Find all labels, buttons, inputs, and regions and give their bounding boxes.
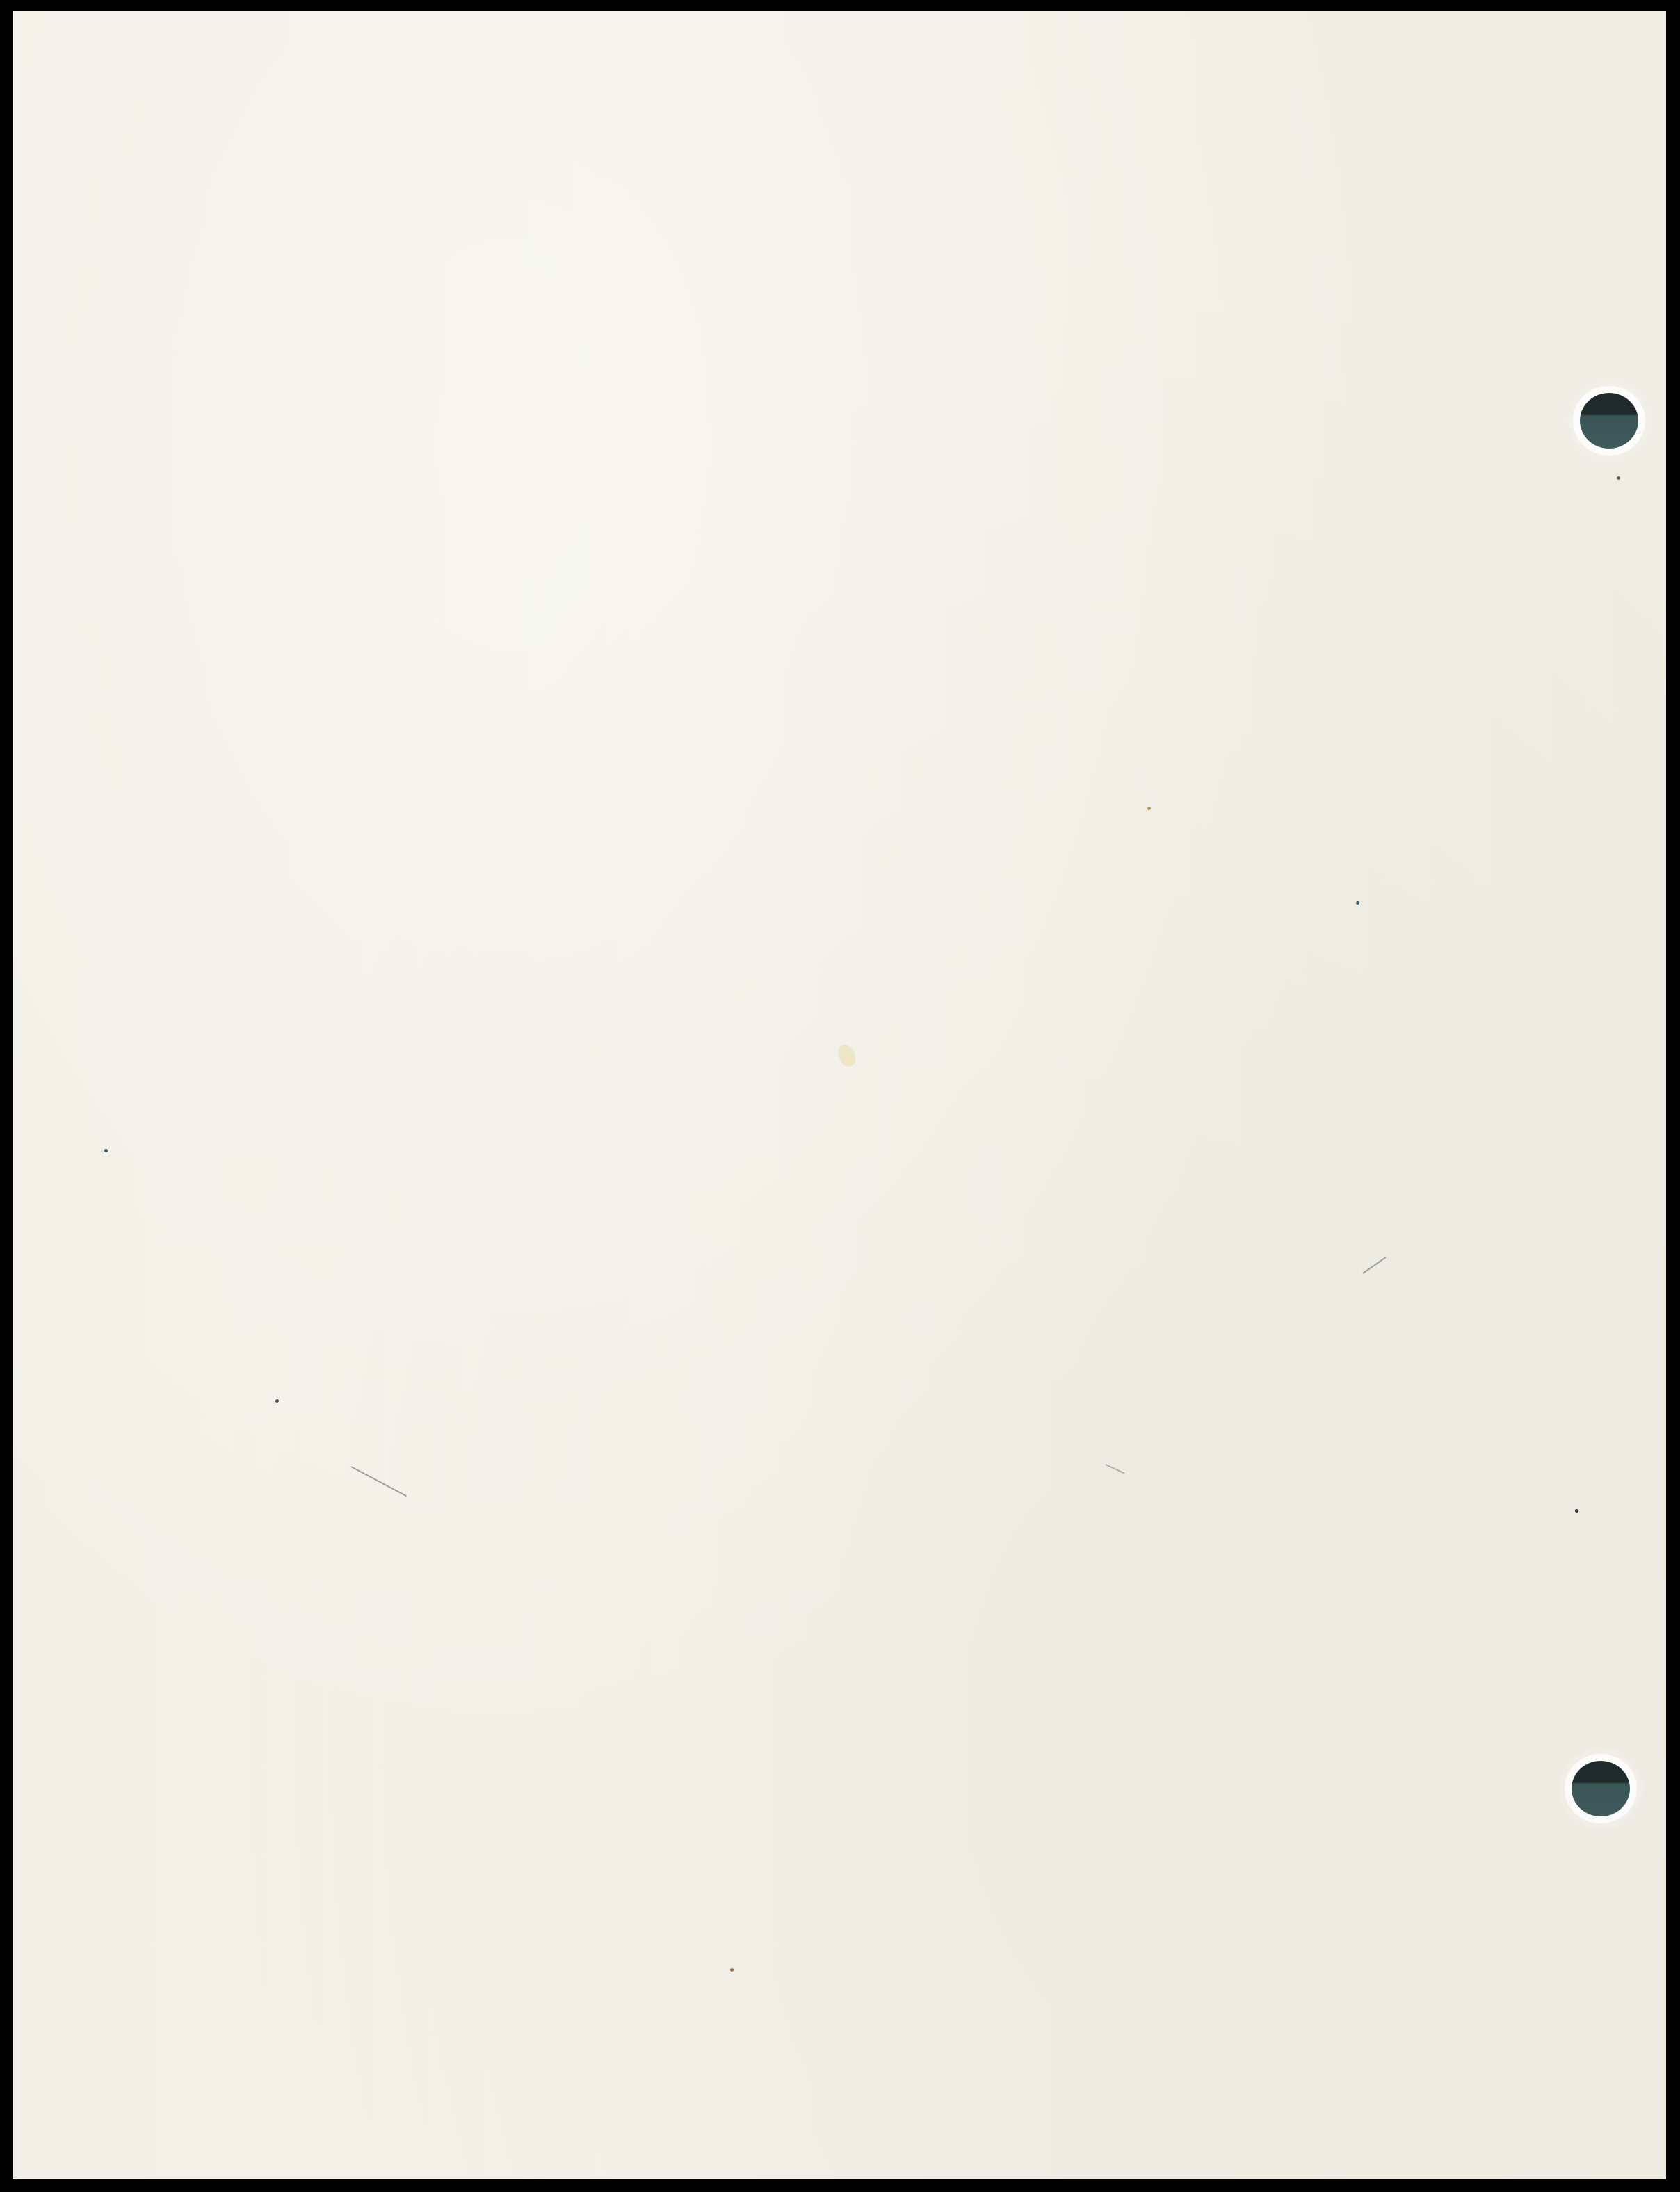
paper-speck [730,1968,734,1972]
scan-border [0,0,1680,2192]
paper-speck [1147,807,1151,810]
paper-speck [1356,901,1359,905]
paper-speck [104,1149,108,1152]
blank-page [13,11,1666,2179]
punch-hole-top [1580,393,1638,449]
punch-hole-bottom [1572,1761,1630,1816]
paper-speck [1617,476,1620,480]
paper-speck [1575,1509,1578,1513]
paper-speck [275,1399,279,1403]
